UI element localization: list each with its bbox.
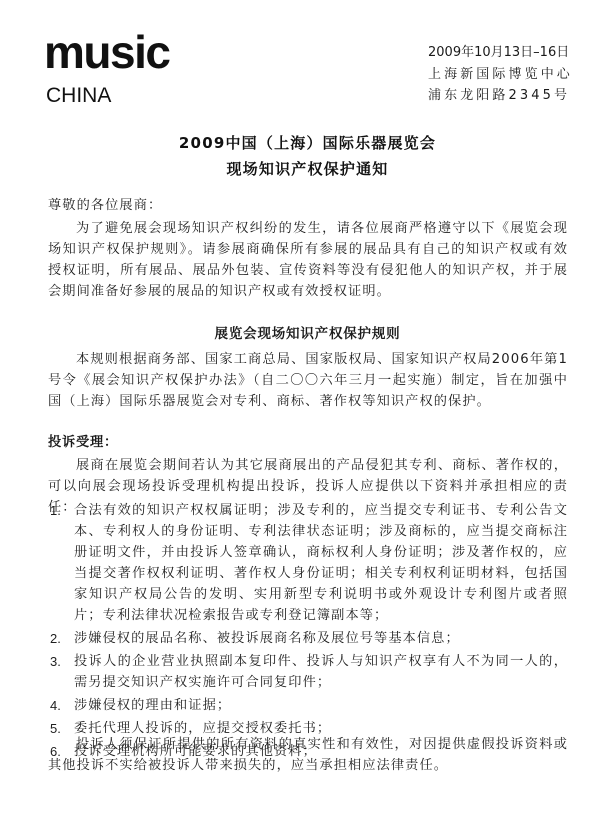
closing-paragraph-text: 投诉人须保证所提供的所有资料的真实性和有效性，对因提供虚假投诉资料或其他投诉不实… [48,734,568,776]
rules-paragraph: 本规则根据商务部、国家工商总局、国家版权局、国家知识产权局2006年第1号令《展… [48,349,568,412]
event-address: 浦东龙阳路2345号 [428,85,573,107]
greeting: 尊敬的各位展商： [48,195,568,216]
notice-document: music CHINA 2009年10月13日–16日 上海新国际博览中心 浦东… [0,0,615,835]
logo-china: CHINA [46,84,111,108]
list-item-number: 1. [50,500,61,521]
complaint-heading: 投诉受理： [48,432,118,453]
rules-paragraph-text: 本规则根据商务部、国家工商总局、国家版权局、国家知识产权局2006年第1号令《展… [48,349,568,412]
intro-paragraph-text: 为了避免展会现场知识产权纠纷的发生，请各位展商严格遵守以下《展览会现场知识产权保… [48,218,568,302]
list-item-number: 4. [50,695,61,716]
rules-heading: 展览会现场知识产权保护规则 [0,324,615,345]
requirements-list: 1. 合法有效的知识产权权属证明；涉及专利的，应当提交专利证书、专利公告文本、专… [48,500,568,764]
title-line-1: 2009中国（上海）国际乐器展览会 [0,130,615,156]
list-item: 3. 投诉人的企业营业执照副本复印件、投诉人与知识产权享有人不为同一人的，需另提… [48,651,568,693]
list-item-text: 合法有效的知识产权权属证明；涉及专利的，应当提交专利证书、专利公告文本、专利权人… [74,503,568,623]
logo-music: music [44,26,169,78]
title-line-2: 现场知识产权保护通知 [0,156,615,182]
event-info: 2009年10月13日–16日 上海新国际博览中心 浦东龙阳路2345号 [428,42,573,107]
closing-paragraph: 投诉人须保证所提供的所有资料的真实性和有效性，对因提供虚假投诉资料或其他投诉不实… [48,734,568,776]
intro-paragraph: 为了避免展会现场知识产权纠纷的发生，请各位展商严格遵守以下《展览会现场知识产权保… [48,218,568,302]
event-venue: 上海新国际博览中心 [428,64,573,86]
list-item: 1. 合法有效的知识产权权属证明；涉及专利的，应当提交专利证书、专利公告文本、专… [48,500,568,626]
list-item-number: 2. [50,628,61,649]
list-item-number: 3. [50,651,61,672]
list-item-text: 涉嫌侵权的展品名称、被投诉展商名称及展位号等基本信息； [74,631,460,646]
list-item: 2. 涉嫌侵权的展品名称、被投诉展商名称及展位号等基本信息； [48,628,568,649]
document-title: 2009中国（上海）国际乐器展览会 现场知识产权保护通知 [0,130,615,182]
list-item-text: 投诉人的企业营业执照副本复印件、投诉人与知识产权享有人不为同一人的，需另提交知识… [74,654,568,690]
list-item: 4. 涉嫌侵权的理由和证据； [48,695,568,716]
list-item-text: 涉嫌侵权的理由和证据； [74,698,231,713]
event-dates: 2009年10月13日–16日 [428,42,573,64]
